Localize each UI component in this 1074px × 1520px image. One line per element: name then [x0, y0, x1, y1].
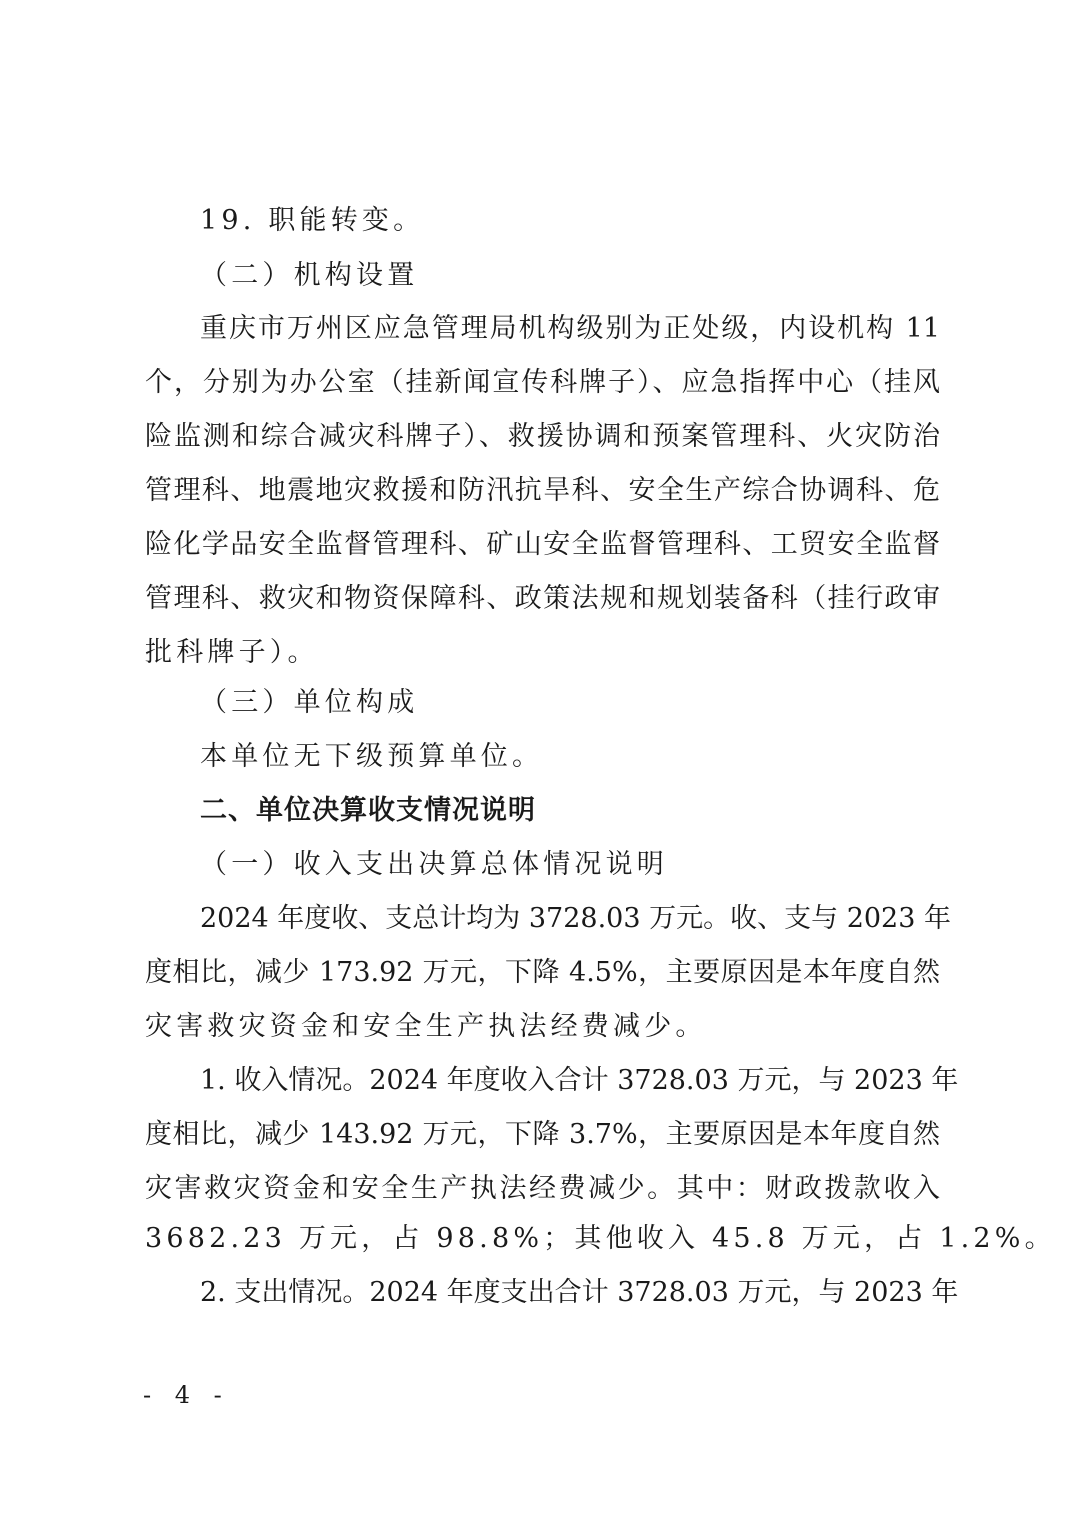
- paragraph-line: 险监测和综合减灾科牌子）、救援协调和预案管理科、火灾防治: [145, 421, 940, 453]
- paragraph-line: 管理科、地震地灾救援和防汛抗旱科、安全生产综合协调科、危: [145, 475, 940, 507]
- paragraph-line: 3682.23 万元，占 98.8%；其他收入 45.8 万元，占 1.2%。: [145, 1223, 940, 1255]
- paragraph-line: 灾害救灾资金和安全生产执法经费减少。: [145, 1011, 940, 1043]
- paragraph-line: 管理科、救灾和物资保障科、政策法规和规划装备科（挂行政审: [145, 583, 940, 615]
- paragraph-line: 2024 年度收、支总计均为 3728.03 万元。收、支与 2023 年: [200, 903, 940, 935]
- paragraph-line: 1. 收入情况。2024 年度收入合计 3728.03 万元，与 2023 年: [200, 1065, 940, 1097]
- chapter-heading-income-expense: 二、单位决算收支情况说明: [200, 795, 940, 827]
- document-page: 19. 职能转变。 （二）机构设置 重庆市万州区应急管理局机构级别为正处级，内设…: [0, 0, 1074, 1520]
- paragraph-line: 本单位无下级预算单位。: [200, 741, 940, 773]
- paragraph-line: 度相比，减少 173.92 万元，下降 4.5%，主要原因是本年度自然: [145, 957, 940, 989]
- paragraph-line: 险化学品安全监督管理科、矿山安全监督管理科、工贸安全监督: [145, 529, 940, 561]
- section-heading-org-setup: （二）机构设置: [200, 260, 940, 292]
- list-item-function-change: 19. 职能转变。: [200, 205, 940, 237]
- paragraph-line: 度相比，减少 143.92 万元，下降 3.7%，主要原因是本年度自然: [145, 1119, 940, 1151]
- paragraph-line: 批科牌子）。: [145, 637, 940, 669]
- page-number: - 4 -: [143, 1380, 230, 1410]
- paragraph-line: 个，分别为办公室（挂新闻宣传科牌子）、应急指挥中心（挂风: [145, 367, 940, 399]
- paragraph-line: 2. 支出情况。2024 年度支出合计 3728.03 万元，与 2023 年: [200, 1277, 940, 1309]
- paragraph-line: 灾害救灾资金和安全生产执法经费减少。其中：财政拨款收入: [145, 1173, 940, 1205]
- section-heading-overall: （一）收入支出决算总体情况说明: [200, 849, 940, 881]
- paragraph-line: 重庆市万州区应急管理局机构级别为正处级，内设机构 11: [200, 313, 940, 345]
- section-heading-unit-composition: （三）单位构成: [200, 687, 940, 719]
